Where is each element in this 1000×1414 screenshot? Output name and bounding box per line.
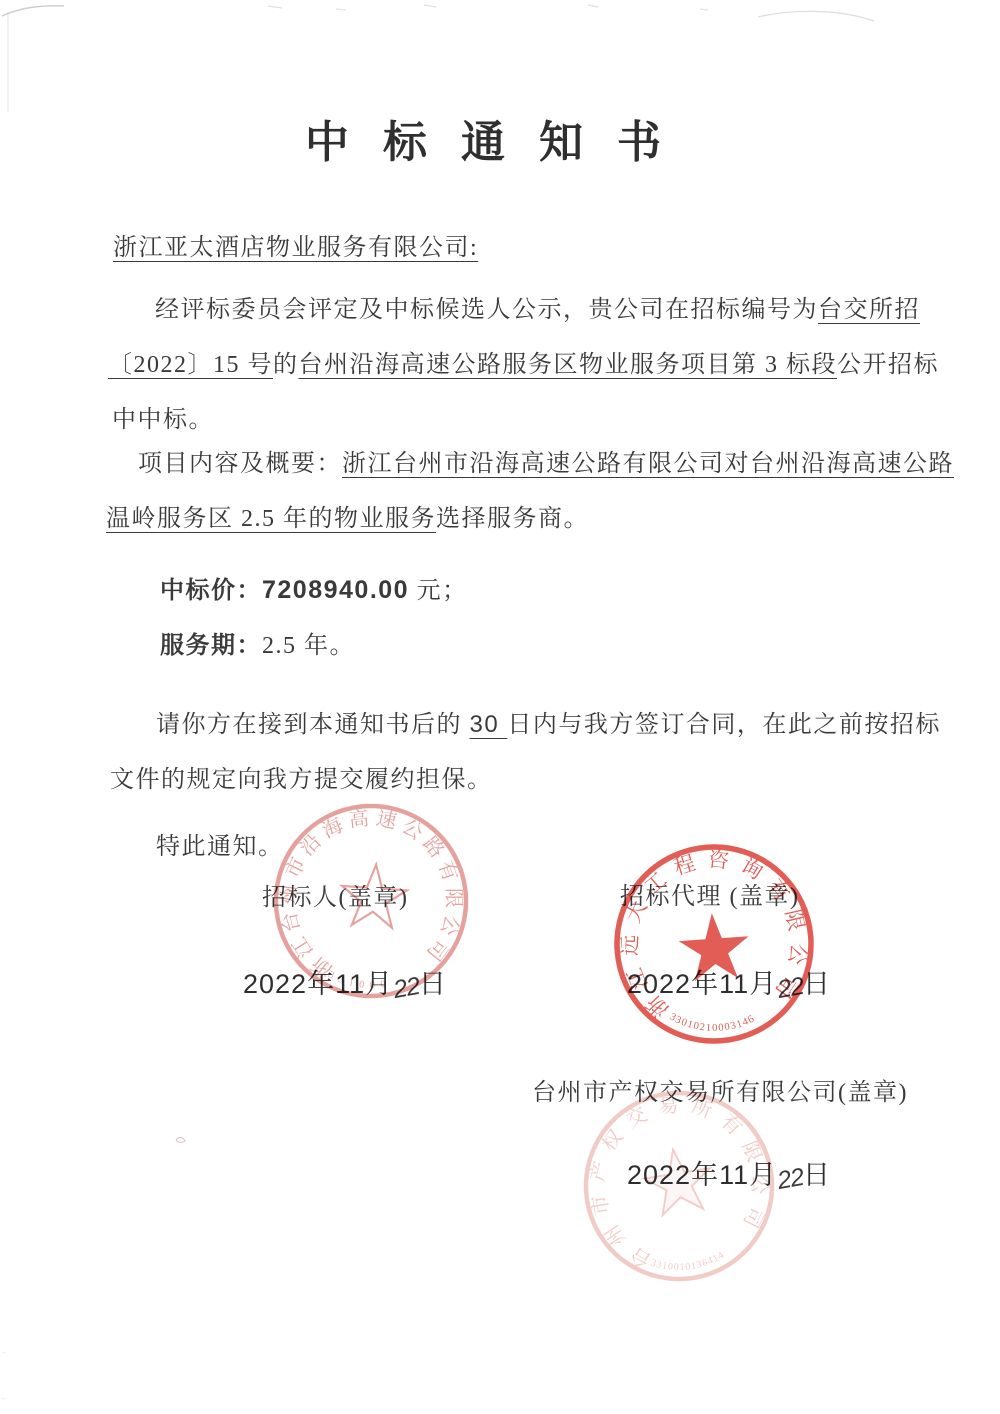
paragraph3-line1: 请你方在接到本通知书后的 30 日内与我方签订合同，在此之前按招标 xyxy=(156,713,941,737)
date-suffix: 日 xyxy=(803,1160,831,1190)
date-suffix: 日 xyxy=(803,969,831,999)
label-text: 台州市产权交易所有限公司(盖章) xyxy=(532,1080,908,1106)
paragraph1-line1: 经评标委员会评定及中标候选人公示，贵公司在招标编号为台交所招 xyxy=(155,298,920,322)
award-price-line: 中标价：7208940.00 元； xyxy=(160,578,468,603)
price-unit: 元； xyxy=(409,578,468,604)
project-name: 台州沿海高速公路服务区物业服务项目第 3 标段 xyxy=(299,352,838,378)
term-unit: 年。 xyxy=(297,633,356,659)
date-prefix: 2022年11月 xyxy=(627,1160,777,1190)
addressee-line: 浙江亚太酒店物业服务有限公司: xyxy=(113,236,478,260)
agent-company-seal: 浙江远大工程咨询有限公司 33010210003146 xyxy=(612,842,816,1046)
bidder-signature-label: 招标人(盖章) xyxy=(262,886,408,910)
body-text: 文件的规定向我方提交履约担保。 xyxy=(110,767,493,793)
paragraph1-line2: 〔2022〕15 号的台州沿海高速公路服务区物业服务项目第 3 标段公开招标 xyxy=(108,353,939,377)
paragraph1-line3: 中中标。 xyxy=(112,408,214,432)
term-value: 2.5 xyxy=(262,633,297,659)
body-text: 请你方在接到本通知书后的 xyxy=(156,712,470,738)
seal-serial-text: 3310010136414 xyxy=(647,1239,728,1283)
label-text: 招标代理 (盖章) xyxy=(620,884,799,910)
paragraph3-line2: 文件的规定向我方提交履约担保。 xyxy=(110,768,493,792)
handwritten-day: 22 xyxy=(392,974,422,1003)
document-title: 中标通知书 xyxy=(0,121,1000,165)
paragraph2-line2: 温岭服务区 2.5 年的物业服务选择服务商。 xyxy=(106,507,589,531)
term-label: 服务期： xyxy=(160,633,262,659)
exchange-date: 2022年11月22日 xyxy=(627,1162,831,1189)
seal-serial-text: 33010210003146 xyxy=(667,1006,758,1038)
body-text: 特此通知。 xyxy=(156,834,284,860)
agent-date: 2022年11月22日 xyxy=(627,971,831,998)
closing-line: 特此通知。 xyxy=(156,835,284,859)
bidder-date: 2022年11月22日 xyxy=(243,971,447,998)
handwritten-day: 22 xyxy=(776,974,806,1003)
body-text: 经评标委员会评定及中标候选人公示，贵公司在招标编号为 xyxy=(155,297,818,323)
scan-artifacts xyxy=(0,0,1000,1414)
date-prefix: 2022年11月 xyxy=(627,969,777,999)
paragraph2-line1: 项目内容及概要：浙江台州市沿海高速公路有限公司对台州沿海高速公路 xyxy=(138,452,954,476)
body-text: 选择服务商。 xyxy=(436,506,589,532)
document-page: 中标通知书 浙江亚太酒店物业服务有限公司: 经评标委员会评定及中标候选人公示，贵… xyxy=(0,0,1000,1414)
handwritten-day: 22 xyxy=(776,1165,806,1194)
price-value: 7208940.00 xyxy=(262,576,409,604)
tender-code-part1: 台交所招 xyxy=(818,297,920,323)
body-text: 公开招标 xyxy=(837,352,939,378)
body-text: 的 xyxy=(273,352,299,378)
service-term-line: 服务期：2.5 年。 xyxy=(160,634,355,658)
exchange-signature-label: 台州市产权交易所有限公司(盖章) xyxy=(532,1081,908,1105)
agent-signature-label: 招标代理 (盖章) xyxy=(620,885,799,909)
date-suffix: 日 xyxy=(419,969,447,999)
price-label: 中标价： xyxy=(160,578,262,604)
date-prefix: 2022年11月 xyxy=(243,969,393,999)
label-text: 招标人(盖章) xyxy=(262,885,408,911)
seal-ring xyxy=(612,842,816,1046)
summary-underlined: 温岭服务区 2.5 年的物业服务 xyxy=(106,506,436,532)
addressee-name: 浙江亚太酒店物业服务有限公司: xyxy=(113,235,478,261)
body-text: 中中标。 xyxy=(112,407,214,433)
contract-days: 30 xyxy=(470,711,508,738)
summary-label: 项目内容及概要： xyxy=(138,451,342,477)
summary-underlined: 浙江台州市沿海高速公路有限公司对台州沿海高速公路 xyxy=(342,451,954,477)
body-text: 日内与我方签订合同，在此之前按招标 xyxy=(507,712,941,738)
tender-code-part2: 〔2022〕15 号 xyxy=(108,352,273,378)
